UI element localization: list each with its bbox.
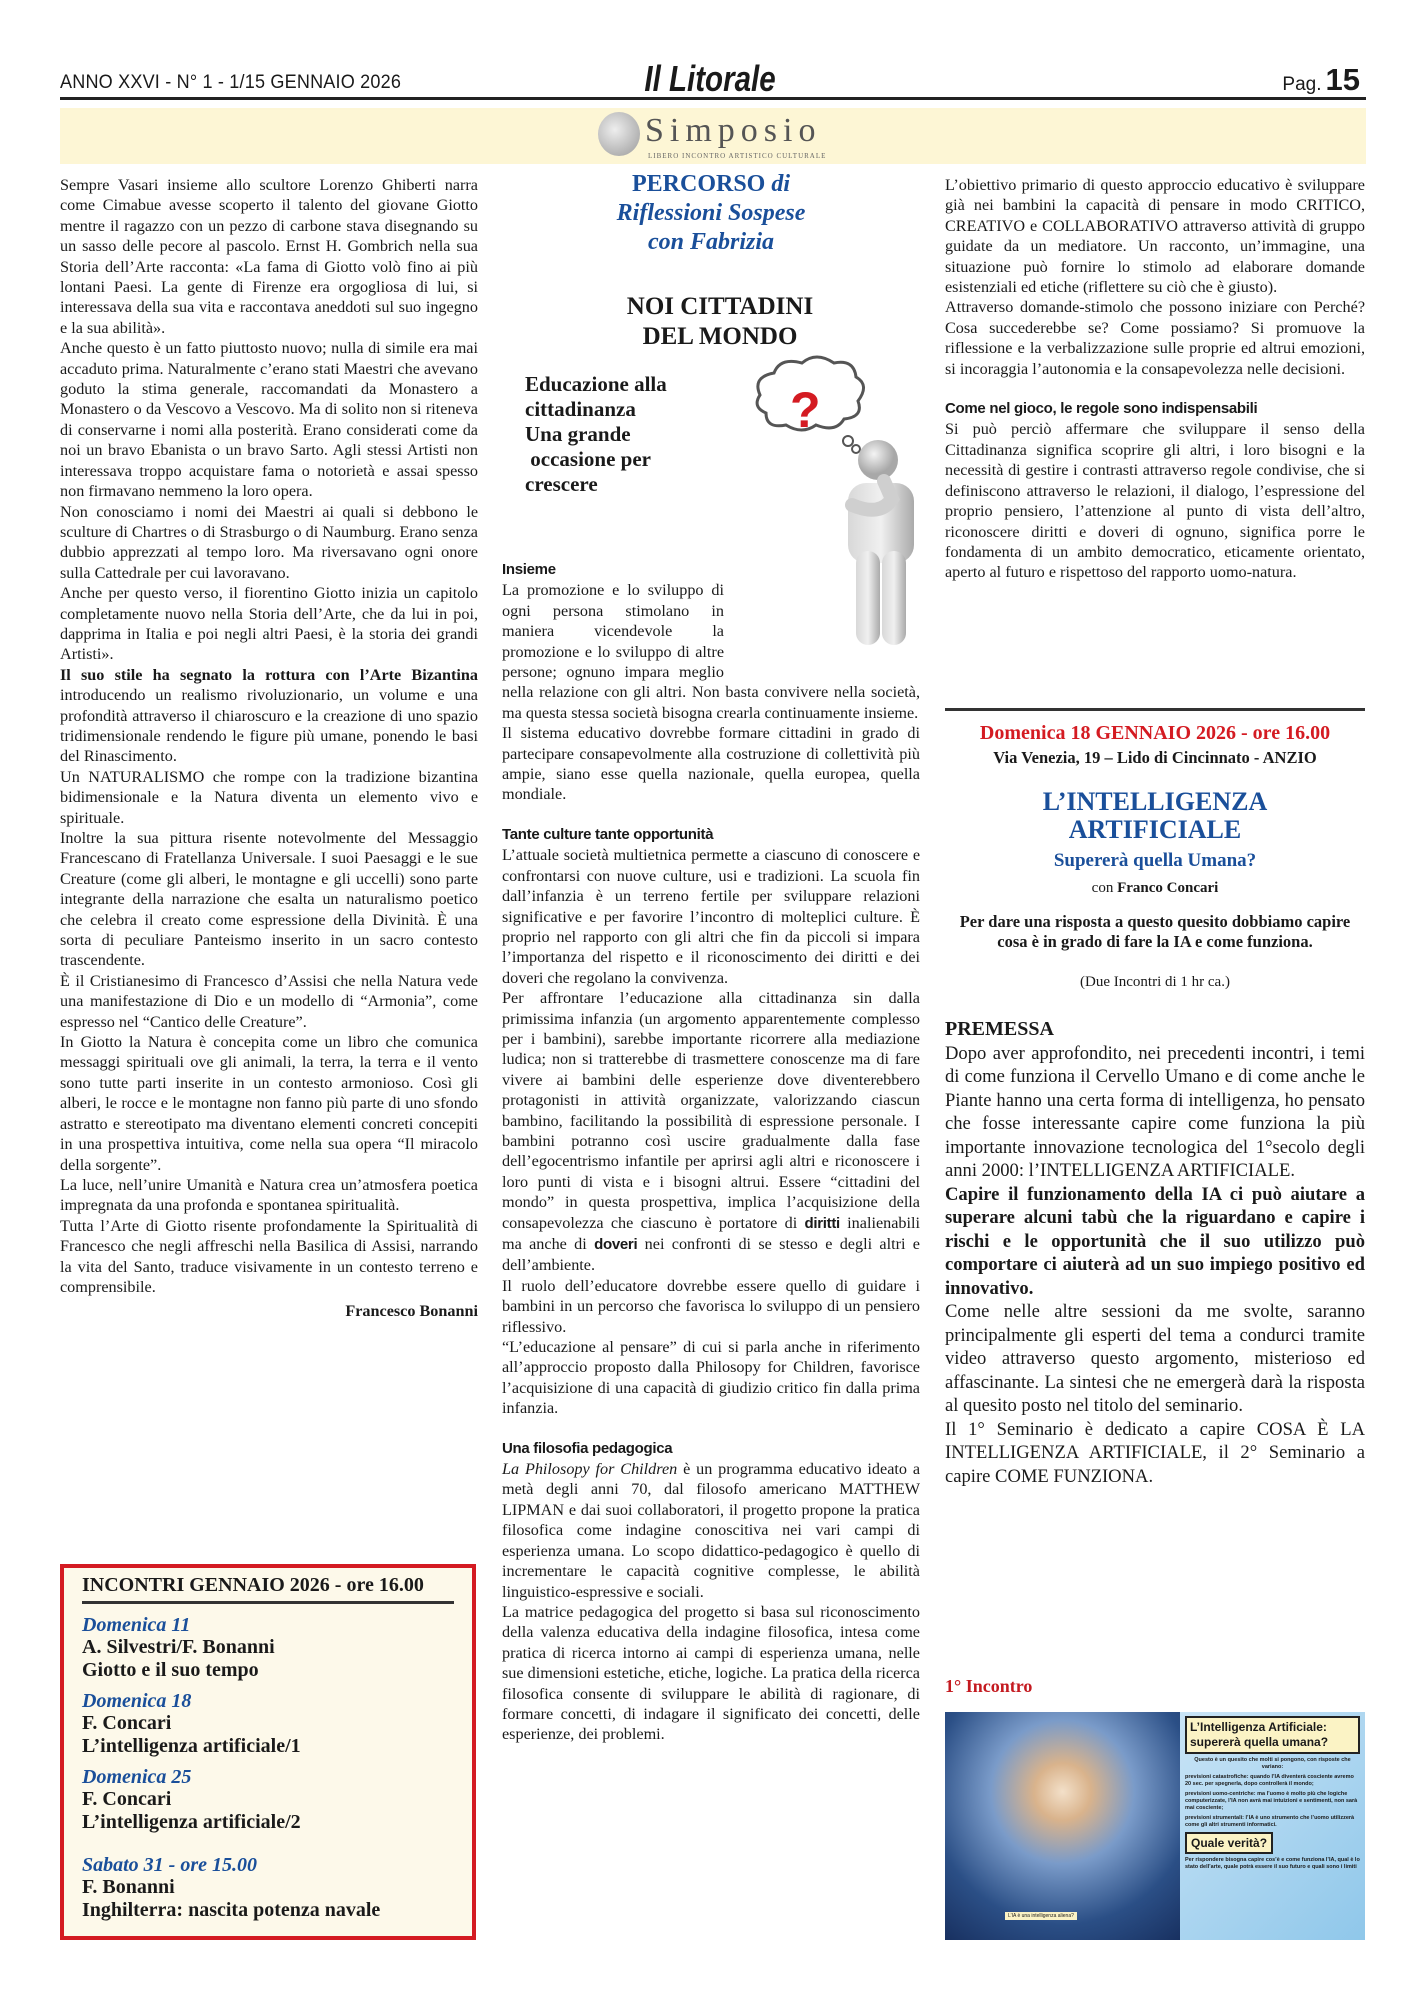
header-rule — [60, 97, 1366, 100]
article-paragraph: Il ruolo dell’educatore dovrebbe essere … — [502, 1276, 920, 1337]
event-speaker: F. Concari — [82, 1788, 454, 1811]
article-paragraph: Sempre Vasari insieme allo scultore Lore… — [60, 175, 478, 338]
ai-face-illustration: L’IA è una intelligenza aliena? — [945, 1712, 1180, 1940]
percorso-heading: PERCORSO di Riflessioni Sospese con Fabr… — [502, 170, 920, 257]
article-paragraph: La matrice pedagogica del progetto si ba… — [502, 1602, 920, 1745]
premessa-title: PREMESSA — [945, 1018, 1365, 1042]
article-paragraph: “L’educazione al pensare” di cui si parl… — [502, 1337, 920, 1419]
giotto-article: Sempre Vasari insieme allo scultore Lore… — [60, 175, 478, 1322]
article-paragraph: Attraverso domande-stimolo che possono i… — [945, 297, 1365, 379]
event-day: Domenica 25 — [82, 1766, 454, 1788]
event-topic: Giotto e il suo tempo — [82, 1659, 454, 1682]
svg-text:?: ? — [790, 382, 821, 438]
cittadini-article-continued: L’obiettivo primario di questo approccio… — [945, 175, 1365, 583]
article-paragraph: La luce, nell’unire Umanità e Natura cre… — [60, 1175, 478, 1216]
article-headline: NOI CITTADINI DEL MONDO — [560, 292, 880, 352]
poster-bullet: previsioni catastrofiche: quando l’IA di… — [1185, 1774, 1360, 1788]
cittadini-article: Insieme La promozione e lo sviluppo di o… — [502, 560, 920, 1745]
article-paragraph: Anche questo è un fatto piuttosto nuovo;… — [60, 338, 478, 501]
poster-intro: Questo è un quesito che molti si pongono… — [1185, 1757, 1360, 1771]
event-question: Per dare una risposta a questo quesito d… — [945, 912, 1365, 952]
section-divider — [945, 708, 1365, 711]
article-paragraph: Il suo stile ha segnato la rottura con l… — [60, 665, 478, 767]
article-paragraph: Si può perciò affermare che sviluppare i… — [945, 419, 1365, 582]
article-paragraph: È il Cristianesimo di Francesco d’Assisi… — [60, 971, 478, 1032]
incontro-label: 1° Incontro — [945, 1676, 1032, 1697]
event-topic: L’intelligenza artificiale/2 — [82, 1811, 454, 1834]
simposio-logo-icon — [598, 112, 640, 156]
article-paragraph: Non conosciamo i nomi dei Maestri ai qua… — [60, 502, 478, 584]
event-duration: (Due Incontri di 1 hr ca.) — [945, 974, 1365, 991]
incontri-title: INCONTRI GENNAIO 2026 - ore 16.00 — [82, 1574, 454, 1604]
simposio-logo-subtitle: LIBERO INCONTRO ARTISTICO CULTURALE — [648, 152, 826, 160]
event-title: L’INTELLIGENZA ARTIFICIALE — [945, 788, 1365, 844]
article-paragraph: La promozione e lo sviluppo di ogni pers… — [502, 580, 920, 723]
article-paragraph: Un NATURALISMO che rompe con la tradizio… — [60, 767, 478, 828]
article-paragraph: Anche per questo verso, il fiorentino Gi… — [60, 583, 478, 665]
article-paragraph: La Philosopy for Children è un programma… — [502, 1459, 920, 1602]
section-subheading: Insieme — [502, 560, 920, 580]
event-subtitle: Supererà quella Umana? — [945, 850, 1365, 872]
poster-question: Quale verità? — [1185, 1832, 1273, 1854]
article-kicker: Educazione alla cittadinanza Una grande … — [525, 372, 667, 497]
event-day: Domenica 11 — [82, 1614, 454, 1636]
incontri-event: Sabato 31 - ore 15.00 F. Bonanni Inghilt… — [82, 1854, 454, 1922]
incontri-event: Domenica 18 F. Concari L’intelligenza ar… — [82, 1690, 454, 1758]
poster-title: L’Intelligenza Artificiale: supererà que… — [1185, 1716, 1360, 1754]
article-paragraph: Inoltre la sua pittura risente notevolme… — [60, 828, 478, 971]
page-number-value: 15 — [1326, 62, 1360, 97]
page-label: Pag. — [1282, 74, 1321, 95]
article-paragraph: Per affrontare l’educazione alla cittadi… — [502, 988, 920, 1276]
event-speaker: A. Silvestri/F. Bonanni — [82, 1636, 454, 1659]
article-paragraph: L’attuale società multietnica permette a… — [502, 845, 920, 988]
event-day: Sabato 31 - ore 15.00 — [82, 1854, 454, 1876]
event-date: Domenica 18 GENNAIO 2026 - ore 16.00 — [945, 722, 1365, 745]
article-paragraph: L’obiettivo primario di questo approccio… — [945, 175, 1365, 297]
premessa-bold-paragraph: Capire il funzionamento della IA ci può … — [945, 1183, 1365, 1301]
incontri-event: Domenica 11 A. Silvestri/F. Bonanni Giot… — [82, 1614, 454, 1682]
poster-bullet: previsioni uomo-centriche: ma l’uomo è m… — [1185, 1791, 1360, 1812]
premessa-paragraph: Come nelle altre sessioni da me svolte, … — [945, 1300, 1365, 1418]
bold-lead: Il suo stile ha segnato la rottura con l… — [60, 666, 478, 684]
event-day: Domenica 18 — [82, 1690, 454, 1712]
author-signature: Francesco Bonanni — [60, 1301, 478, 1321]
premessa-section: PREMESSA Dopo aver approfondito, nei pre… — [945, 1018, 1365, 1488]
page-number: Pag.15 — [1282, 62, 1360, 98]
event-topic: L’intelligenza artificiale/1 — [82, 1735, 454, 1758]
article-paragraph: In Giotto la Natura è concepita come un … — [60, 1032, 478, 1175]
article-paragraph: Il sistema educativo dovrebbe formare ci… — [502, 723, 920, 805]
section-subheading: Come nel gioco, le regole sono indispens… — [945, 399, 1365, 419]
event-address: Via Venezia, 19 – Lido di Cincinnato - A… — [945, 748, 1365, 768]
incontri-box: INCONTRI GENNAIO 2026 - ore 16.00 Domeni… — [60, 1564, 476, 1940]
event-speaker: F. Bonanni — [82, 1876, 454, 1899]
event-speaker: con Franco Concari — [945, 880, 1365, 897]
section-subheading: Una filosofia pedagogica — [502, 1439, 920, 1459]
premessa-paragraph: Il 1° Seminario è dedicato a capire COSA… — [945, 1418, 1365, 1489]
newspaper-title: Il Litorale — [128, 58, 1292, 100]
event-topic: Inghilterra: nascita potenza navale — [82, 1899, 454, 1922]
ai-poster-image: L’IA è una intelligenza aliena? L’Intell… — [945, 1712, 1365, 1940]
poster-answer: Per rispondere bisogna capire cos’è e co… — [1185, 1857, 1360, 1871]
section-subheading: Tante culture tante opportunità — [502, 825, 920, 845]
incontri-event: Domenica 25 F. Concari L’intelligenza ar… — [82, 1766, 454, 1834]
article-paragraph: Tutta l’Arte di Giotto risente profondam… — [60, 1216, 478, 1298]
poster-bullet: previsioni strumentali: l’IA è uno strum… — [1185, 1815, 1360, 1829]
event-speaker: F. Concari — [82, 1712, 454, 1735]
poster-text-panel: L’Intelligenza Artificiale: supererà que… — [1180, 1712, 1365, 1940]
premessa-paragraph: Dopo aver approfondito, nei precedenti i… — [945, 1042, 1365, 1183]
simposio-logo-text: Simposio — [645, 112, 821, 150]
poster-caption: L’IA è una intelligenza aliena? — [1005, 1912, 1077, 1920]
